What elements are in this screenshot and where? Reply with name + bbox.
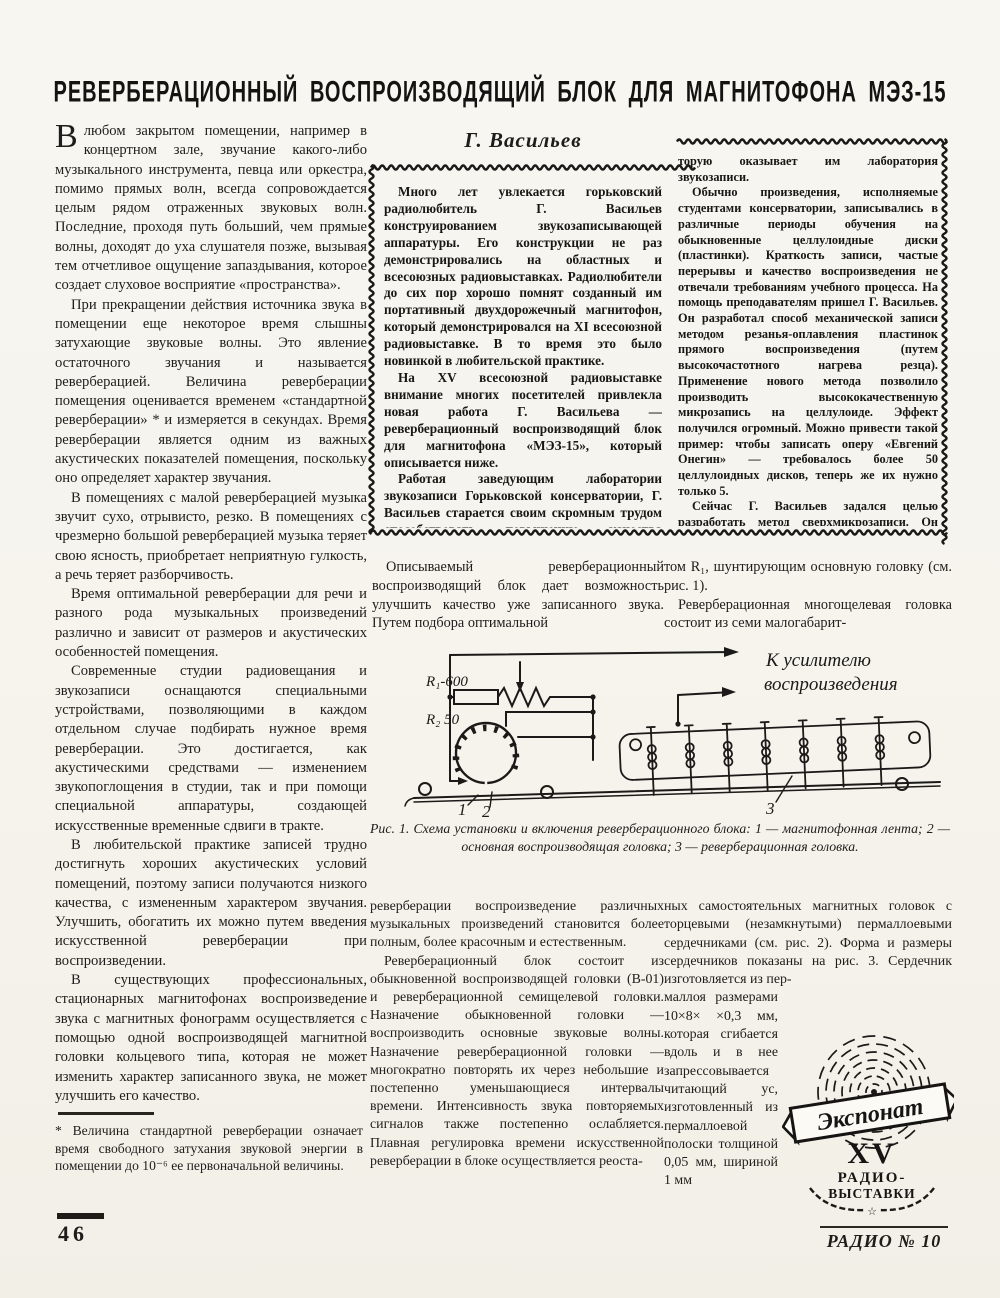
author-name: Г. Васильев [378, 128, 668, 153]
bio-paragraph: торую оказывает им лаборатория звукозапи… [678, 154, 938, 185]
stamp-radio: РАДИО- [838, 1170, 907, 1186]
figure-label-to-amplifier: К усилителю [765, 650, 871, 671]
footer-rule-right [820, 1226, 948, 1228]
stamp-vystavki: ВЫСТАВКИ [828, 1186, 915, 1201]
figure-label-r1: R₁-600 [425, 674, 468, 690]
intro-right-column: том R₁, шунтирующим основную головку (см… [664, 558, 952, 633]
article-paragraph: Влюбом закрытом помещении, например в ко… [55, 122, 367, 296]
bio-box-column-1: Много лет увлекается горьковский радиолю… [384, 184, 662, 528]
bio-paragraph: На XV всесоюзной радиовыставке внимание … [384, 370, 662, 471]
article-paragraph: В помещениях с малой реверберацией музык… [55, 489, 367, 585]
article-paragraph: При прекращении действия источника звука… [55, 296, 367, 489]
article-title-row: РЕВЕРБЕРАЦИОННЫЙ ВОСПРОИЗВОДЯЩИЙ БЛОК ДЛ… [0, 76, 1000, 99]
figure-caption: Рис. 1. Схема установки и включения реве… [370, 820, 950, 857]
bio-paragraph: Обычно произведения, исполняемые студент… [678, 185, 938, 499]
decorative-wavy-border [676, 138, 948, 145]
paragraph-text: любом закрытом помещении, например в кон… [55, 123, 367, 293]
decorative-wavy-border [370, 529, 948, 536]
decorative-wavy-border [370, 164, 702, 171]
bio-paragraph: Сейчас Г. Васильев задался целью разрабо… [678, 499, 938, 526]
figure-1-schematic: R₁-600 R₂ 50 К усилителю воспроизведения… [368, 640, 953, 818]
bio-paragraph: Работая заведующим лаборатории звукозапи… [384, 471, 662, 528]
article-paragraph: ных самостоятельных магнитных головок с … [664, 898, 952, 989]
intro-middle-column: Описываемый реверберационный воспроизвод… [372, 558, 664, 633]
magazine-footer: РАДИО № 10 [818, 1231, 950, 1252]
figure-label-to-amplifier: воспроизведения [764, 674, 898, 695]
footer-rule-left [57, 1213, 104, 1219]
page-number: 46 [58, 1221, 88, 1247]
figure-callout-1: 1 [458, 800, 467, 818]
footnote-rule [58, 1112, 154, 1115]
article-paragraph: Время оптимальной реверберации для речи … [55, 585, 367, 662]
stamp-xv: XV [847, 1137, 896, 1170]
figure-label-r2: R₂ 50 [425, 712, 460, 728]
article-paragraph: В существующих профессиональных, стацион… [55, 971, 367, 1106]
star-icon: ☆ [867, 1206, 877, 1218]
bottom-middle-column: реверберации воспроизведение различных м… [370, 898, 664, 1210]
bio-box-column-2: торую оказывает им лаборатория звукозапи… [678, 154, 938, 526]
figure-callout-2: 2 [482, 802, 491, 818]
article-paragraph: Реверберационный блок состоит из обыкнов… [370, 953, 664, 1171]
radio-exhibition-stamp: Экспонат XV РАДИО- ВЫСТАВКИ ☆ [782, 1012, 954, 1219]
footnote: * Величина стандартной реверберации озна… [55, 1122, 363, 1175]
article-title: РЕВЕРБЕРАЦИОННЫЙ ВОСПРОИЗВОДЯЩИЙ БЛОК ДЛ… [54, 76, 947, 111]
article-paragraph: В любительской практике записей трудно д… [55, 836, 367, 971]
decorative-wavy-border [368, 164, 375, 536]
stamp-ribbon: Экспонат [782, 1082, 954, 1143]
drop-cap: В [55, 122, 84, 151]
article-paragraph: том R₁, шунтирующим основную головку (см… [664, 558, 952, 596]
article-paragraph: Описываемый реверберационный воспроизвод… [372, 558, 664, 633]
decorative-wavy-border [941, 138, 948, 550]
figure-callout-3: 3 [765, 799, 775, 818]
article-paragraph: Реверберационная многощелевая головка со… [664, 596, 952, 634]
left-column: Влюбом закрытом помещении, например в ко… [55, 122, 367, 1114]
magazine-page: РЕВЕРБЕРАЦИОННЫЙ ВОСПРОИЗВОДЯЩИЙ БЛОК ДЛ… [0, 0, 1000, 1298]
article-paragraph: Современные студии радиовещания и звукоз… [55, 662, 367, 836]
article-paragraph: реверберации воспроизведение различных м… [370, 898, 664, 953]
bio-paragraph: Много лет увлекается горьковский радиолю… [384, 184, 662, 370]
